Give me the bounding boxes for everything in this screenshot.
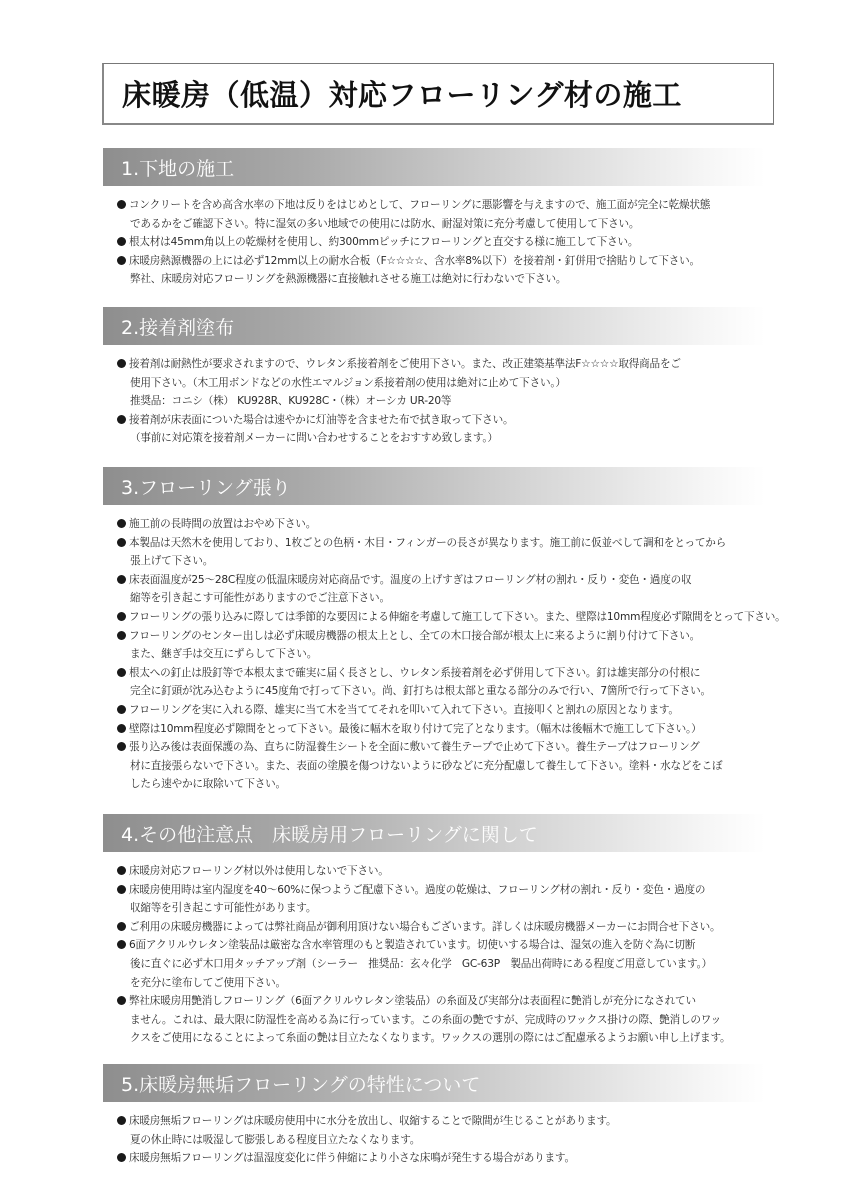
line-text: クスをご使用になることによって糸面の艶は目立たなくなります。ワックスの選別の際に… <box>130 1032 730 1044</box>
document-title-box: 床暖房（低温）対応フローリング材の施工 <box>102 63 774 125</box>
section-adhesive: 2.接着剤塗布 接着剤は耐熱性が要求されますので、ウレタン系接着剤をご使用下さい… <box>103 307 765 448</box>
section-body: コンクリートを含め高含水率の下地は反りをはじめとして、フローリングに悪影響を与え… <box>103 186 765 289</box>
bullet-item-continuation: 推奨品：コニシ（株） KU928R、KU928C・（株）オーシカ UR-20等 <box>117 392 765 411</box>
line-text: 後に直ぐに必ず木口用タッチアップ剤（シーラー 推奨品：玄々化学 GC-63P 製… <box>130 958 712 970</box>
bullet-item: フローリングを実に入れる際、雄実に当て木を当ててそれを叩いて入れて下さい。直接叩… <box>117 701 765 720</box>
line-text: フローリングの張り込みに際しては季節的な要因による伸縮を考慮して施工して下さい。… <box>129 611 786 623</box>
line-text: 使用下さい。（木工用ボンドなどの水性エマルジョン系接着剤の使用は絶対に止めて下さ… <box>130 377 566 389</box>
bullet-item: 根太材は45mm角以上の乾燥材を使用し、約300mmピッチにフローリングと直交す… <box>117 233 765 252</box>
line-text: 施工前の長時間の放置はおやめ下さい。 <box>129 518 316 530</box>
bullet-dot-icon <box>117 575 126 584</box>
bullet-dot-icon <box>117 256 126 265</box>
section-flooring-install: 3.フローリング張り 施工前の長時間の放置はおやめ下さい。本製品は天然木を使用し… <box>103 467 765 794</box>
bullet-dot-icon <box>117 705 126 714</box>
bullet-item-continuation: 張上げて下さい。 <box>117 552 765 571</box>
bullet-item-continuation: であるかをご確認下さい。特に湿気の多い地域での使用には防水、耐湿対策に充分考慮し… <box>117 215 765 234</box>
bullet-item: フローリングの張り込みに際しては季節的な要因による伸縮を考慮して施工して下さい。… <box>117 608 765 627</box>
bullet-item-continuation: 使用下さい。（木工用ボンドなどの水性エマルジョン系接着剤の使用は絶対に止めて下さ… <box>117 374 765 393</box>
bullet-dot-icon <box>117 359 126 368</box>
bullet-item: ご利用の床暖房機器によっては弊社商品が御利用頂けない場合もございます。詳しくは床… <box>117 918 765 937</box>
bullet-dot-icon <box>117 668 126 677</box>
line-text: 張り込み後は表面保護の為、直ちに防湿養生シートを全面に敷いて養生テープで止めて下… <box>129 741 700 753</box>
line-text: 完全に釘頭が沈み込むように45度角で打って下さい。尚、釘打ちは根太部と重なる部分… <box>130 685 711 697</box>
bullet-item: 接着剤が床表面についた場合は速やかに灯油等を含ませた布で拭き取って下さい。 <box>117 411 765 430</box>
line-text: 材に直接張らないで下さい。また、表面の塗膜を傷つけないように砂などに充分配慮して… <box>130 760 722 772</box>
bullet-item: フローリングのセンター出しは必ず床暖房機器の根太上とし、全ての木口接合部が根太上… <box>117 627 765 646</box>
bullet-item: 床暖房無垢フローリングは床暖房使用中に水分を放出し、収縮することで隙間が生じるこ… <box>117 1112 765 1131</box>
line-text: 根太材は45mm角以上の乾燥材を使用し、約300mmピッチにフローリングと直交す… <box>129 236 638 248</box>
bullet-item-continuation: （事前に対応策を接着剤メーカーに問い合わせすることをおすすめ致します。） <box>117 429 765 448</box>
section-title: 2.接着剤塗布 <box>121 313 234 340</box>
bullet-item: 本製品は天然木を使用しており、1枚ごとの色柄・木目・フィンガーの長さが異なります… <box>117 534 765 553</box>
document-title: 床暖房（低温）対応フローリング材の施工 <box>122 73 682 114</box>
line-text: 床暖房使用時は室内湿度を40～60%に保つようご配慮下さい。過度の乾燥は、フロー… <box>129 884 705 896</box>
bullet-item-continuation: 弊社、床暖房対応フローリングを熱源機器に直接触れさせる施工は絶対に行わないで下さ… <box>117 270 765 289</box>
bullet-dot-icon <box>117 940 126 949</box>
line-text: 張上げて下さい。 <box>130 555 213 567</box>
line-text: ません。これは、最大限に防湿性を高める為に行っています。この糸面の艶ですが、完成… <box>130 1014 721 1026</box>
bullet-item: 接着剤は耐熱性が要求されますので、ウレタン系接着剤をご使用下さい。また、改正建築… <box>117 355 765 374</box>
section-solid-wood-characteristics: 5.床暖房無垢フローリングの特性について 床暖房無垢フローリングは床暖房使用中に… <box>103 1064 765 1168</box>
bullet-item: 壁際は10mm程度必ず隙間をとって下さい。最後に幅木を取り付けて完了となります。… <box>117 720 765 739</box>
bullet-dot-icon <box>117 922 126 931</box>
section-header: 4.その他注意点 床暖房用フローリングに関して <box>103 814 765 852</box>
section-title: 1.下地の施工 <box>121 154 234 181</box>
bullet-item-continuation: 夏の休止時には吸湿して膨張しある程度目立たなくなります。 <box>117 1131 765 1150</box>
line-text: であるかをご確認下さい。特に湿気の多い地域での使用には防水、耐湿対策に充分考慮し… <box>130 218 639 230</box>
bullet-item-continuation: を充分に塗布してご使用下さい。 <box>117 974 765 993</box>
bullet-item-continuation: 縮等を引き起こす可能性がありますのでご注意下さい。 <box>117 589 765 608</box>
section-title: 5.床暖房無垢フローリングの特性について <box>121 1070 480 1097</box>
bullet-dot-icon <box>117 885 126 894</box>
bullet-item-continuation: ません。これは、最大限に防湿性を高める為に行っています。この糸面の艶ですが、完成… <box>117 1011 765 1030</box>
line-text: したら速やかに取除いて下さい。 <box>130 778 286 790</box>
section-header: 1.下地の施工 <box>103 148 765 186</box>
bullet-dot-icon <box>117 866 126 875</box>
bullet-dot-icon <box>117 237 126 246</box>
bullet-item: 床表面温度が25～28C程度の低温床暖房対応商品です。温度の上げすぎはフローリン… <box>117 571 765 590</box>
line-text: 推奨品：コニシ（株） KU928R、KU928C・（株）オーシカ UR-20等 <box>130 395 451 407</box>
bullet-item: 根太への釘止は股釘等で本根太まで確実に届く長さとし、ウレタン系接着剤を必ず併用し… <box>117 664 765 683</box>
section-title: 3.フローリング張り <box>121 473 291 500</box>
line-text: 弊社、床暖房対応フローリングを熱源機器に直接触れさせる施工は絶対に行わないで下さ… <box>130 273 566 285</box>
line-text: 接着剤は耐熱性が要求されますので、ウレタン系接着剤をご使用下さい。また、改正建築… <box>129 358 681 370</box>
line-text: また、継ぎ手は交互にずらして下さい。 <box>130 648 317 660</box>
line-text: （事前に対応策を接着剤メーカーに問い合わせすることをおすすめ致します。） <box>130 432 498 444</box>
line-text: 壁際は10mm程度必ず隙間をとって下さい。最後に幅木を取り付けて完了となります。… <box>129 723 702 735</box>
bullet-dot-icon <box>117 996 126 1005</box>
bullet-dot-icon <box>117 631 126 640</box>
bullet-item: コンクリートを含め高含水率の下地は反りをはじめとして、フローリングに悪影響を与え… <box>117 196 765 215</box>
bullet-item: 張り込み後は表面保護の為、直ちに防湿養生シートを全面に敷いて養生テープで止めて下… <box>117 738 765 757</box>
bullet-item: 床暖房無垢フローリングは温湿度変化に伴う伸縮により小さな床鳴が発生する場合があり… <box>117 1149 765 1168</box>
line-text: 縮等を引き起こす可能性がありますのでご注意下さい。 <box>130 592 390 604</box>
line-text: を充分に塗布してご使用下さい。 <box>130 977 286 989</box>
bullet-item-continuation: 収縮等を引き起こす可能性があります。 <box>117 899 765 918</box>
bullet-dot-icon <box>117 724 126 733</box>
line-text: コンクリートを含め高含水率の下地は反りをはじめとして、フローリングに悪影響を与え… <box>129 199 710 211</box>
bullet-item-continuation: クスをご使用になることによって糸面の艶は目立たなくなります。ワックスの選別の際に… <box>117 1029 765 1048</box>
bullet-item-continuation: 完全に釘頭が沈み込むように45度角で打って下さい。尚、釘打ちは根太部と重なる部分… <box>117 682 765 701</box>
section-substrate: 1.下地の施工 コンクリートを含め高含水率の下地は反りをはじめとして、フローリン… <box>103 148 765 289</box>
section-body: 床暖房対応フローリング材以外は使用しないで下さい。床暖房使用時は室内湿度を40～… <box>103 852 765 1048</box>
line-text: 床暖房対応フローリング材以外は使用しないで下さい。 <box>129 865 389 877</box>
line-text: ご利用の床暖房機器によっては弊社商品が御利用頂けない場合もございます。詳しくは床… <box>129 921 720 933</box>
line-text: 6面アクリルウレタン塗装品は厳密な含水率管理のもと製造されています。切使いする場… <box>129 939 695 951</box>
line-text: 夏の休止時には吸湿して膨張しある程度目立たなくなります。 <box>130 1134 420 1146</box>
line-text: 弊社床暖房用艶消しフローリング（6面アクリルウレタン塗装品）の糸面及び実部分は表… <box>129 995 696 1007</box>
bullet-item: 弊社床暖房用艶消しフローリング（6面アクリルウレタン塗装品）の糸面及び実部分は表… <box>117 992 765 1011</box>
section-other-notes: 4.その他注意点 床暖房用フローリングに関して 床暖房対応フローリング材以外は使… <box>103 814 765 1048</box>
line-text: フローリングを実に入れる際、雄実に当て木を当ててそれを叩いて入れて下さい。直接叩… <box>129 704 679 716</box>
bullet-item-continuation: 材に直接張らないで下さい。また、表面の塗膜を傷つけないように砂などに充分配慮して… <box>117 757 765 776</box>
bullet-item-continuation: 後に直ぐに必ず木口用タッチアップ剤（シーラー 推奨品：玄々化学 GC-63P 製… <box>117 955 765 974</box>
bullet-dot-icon <box>117 1116 126 1125</box>
bullet-dot-icon <box>117 415 126 424</box>
line-text: 収縮等を引き起こす可能性があります。 <box>130 902 316 914</box>
bullet-item: 床暖房使用時は室内湿度を40～60%に保つようご配慮下さい。過度の乾燥は、フロー… <box>117 881 765 900</box>
line-text: フローリングのセンター出しは必ず床暖房機器の根太上とし、全ての木口接合部が根太上… <box>129 630 700 642</box>
line-text: 根太への釘止は股釘等で本根太まで確実に届く長さとし、ウレタン系接着剤を必ず併用し… <box>129 667 700 679</box>
line-text: 床暖房無垢フローリングは温湿度変化に伴う伸縮により小さな床鳴が発生する場合があり… <box>129 1152 575 1164</box>
section-header: 2.接着剤塗布 <box>103 307 765 345</box>
line-text: 床表面温度が25～28C程度の低温床暖房対応商品です。温度の上げすぎはフローリン… <box>129 574 691 586</box>
bullet-dot-icon <box>117 200 126 209</box>
line-text: 本製品は天然木を使用しており、1枚ごとの色柄・木目・フィンガーの長さが異なります… <box>129 537 726 549</box>
section-header: 3.フローリング張り <box>103 467 765 505</box>
bullet-dot-icon <box>117 742 126 751</box>
section-body: 施工前の長時間の放置はおやめ下さい。本製品は天然木を使用しており、1枚ごとの色柄… <box>103 505 765 794</box>
bullet-item: 床暖房対応フローリング材以外は使用しないで下さい。 <box>117 862 765 881</box>
bullet-item-continuation: したら速やかに取除いて下さい。 <box>117 775 765 794</box>
line-text: 接着剤が床表面についた場合は速やかに灯油等を含ませた布で拭き取って下さい。 <box>129 414 513 426</box>
bullet-dot-icon <box>117 612 126 621</box>
bullet-dot-icon <box>117 1153 126 1162</box>
bullet-item: 床暖房熱源機器の上には必ず12mm以上の耐水合板（F☆☆☆☆、含水率8%以下）を… <box>117 252 765 271</box>
bullet-dot-icon <box>117 519 126 528</box>
line-text: 床暖房熱源機器の上には必ず12mm以上の耐水合板（F☆☆☆☆、含水率8%以下）を… <box>129 255 700 267</box>
bullet-item-continuation: また、継ぎ手は交互にずらして下さい。 <box>117 645 765 664</box>
section-header: 5.床暖房無垢フローリングの特性について <box>103 1064 765 1102</box>
section-body: 接着剤は耐熱性が要求されますので、ウレタン系接着剤をご使用下さい。また、改正建築… <box>103 345 765 448</box>
bullet-item: 6面アクリルウレタン塗装品は厳密な含水率管理のもと製造されています。切使いする場… <box>117 936 765 955</box>
bullet-item: 施工前の長時間の放置はおやめ下さい。 <box>117 515 765 534</box>
section-body: 床暖房無垢フローリングは床暖房使用中に水分を放出し、収縮することで隙間が生じるこ… <box>103 1102 765 1168</box>
line-text: 床暖房無垢フローリングは床暖房使用中に水分を放出し、収縮することで隙間が生じるこ… <box>129 1115 616 1127</box>
section-title: 4.その他注意点 床暖房用フローリングに関して <box>121 820 538 847</box>
bullet-dot-icon <box>117 538 126 547</box>
